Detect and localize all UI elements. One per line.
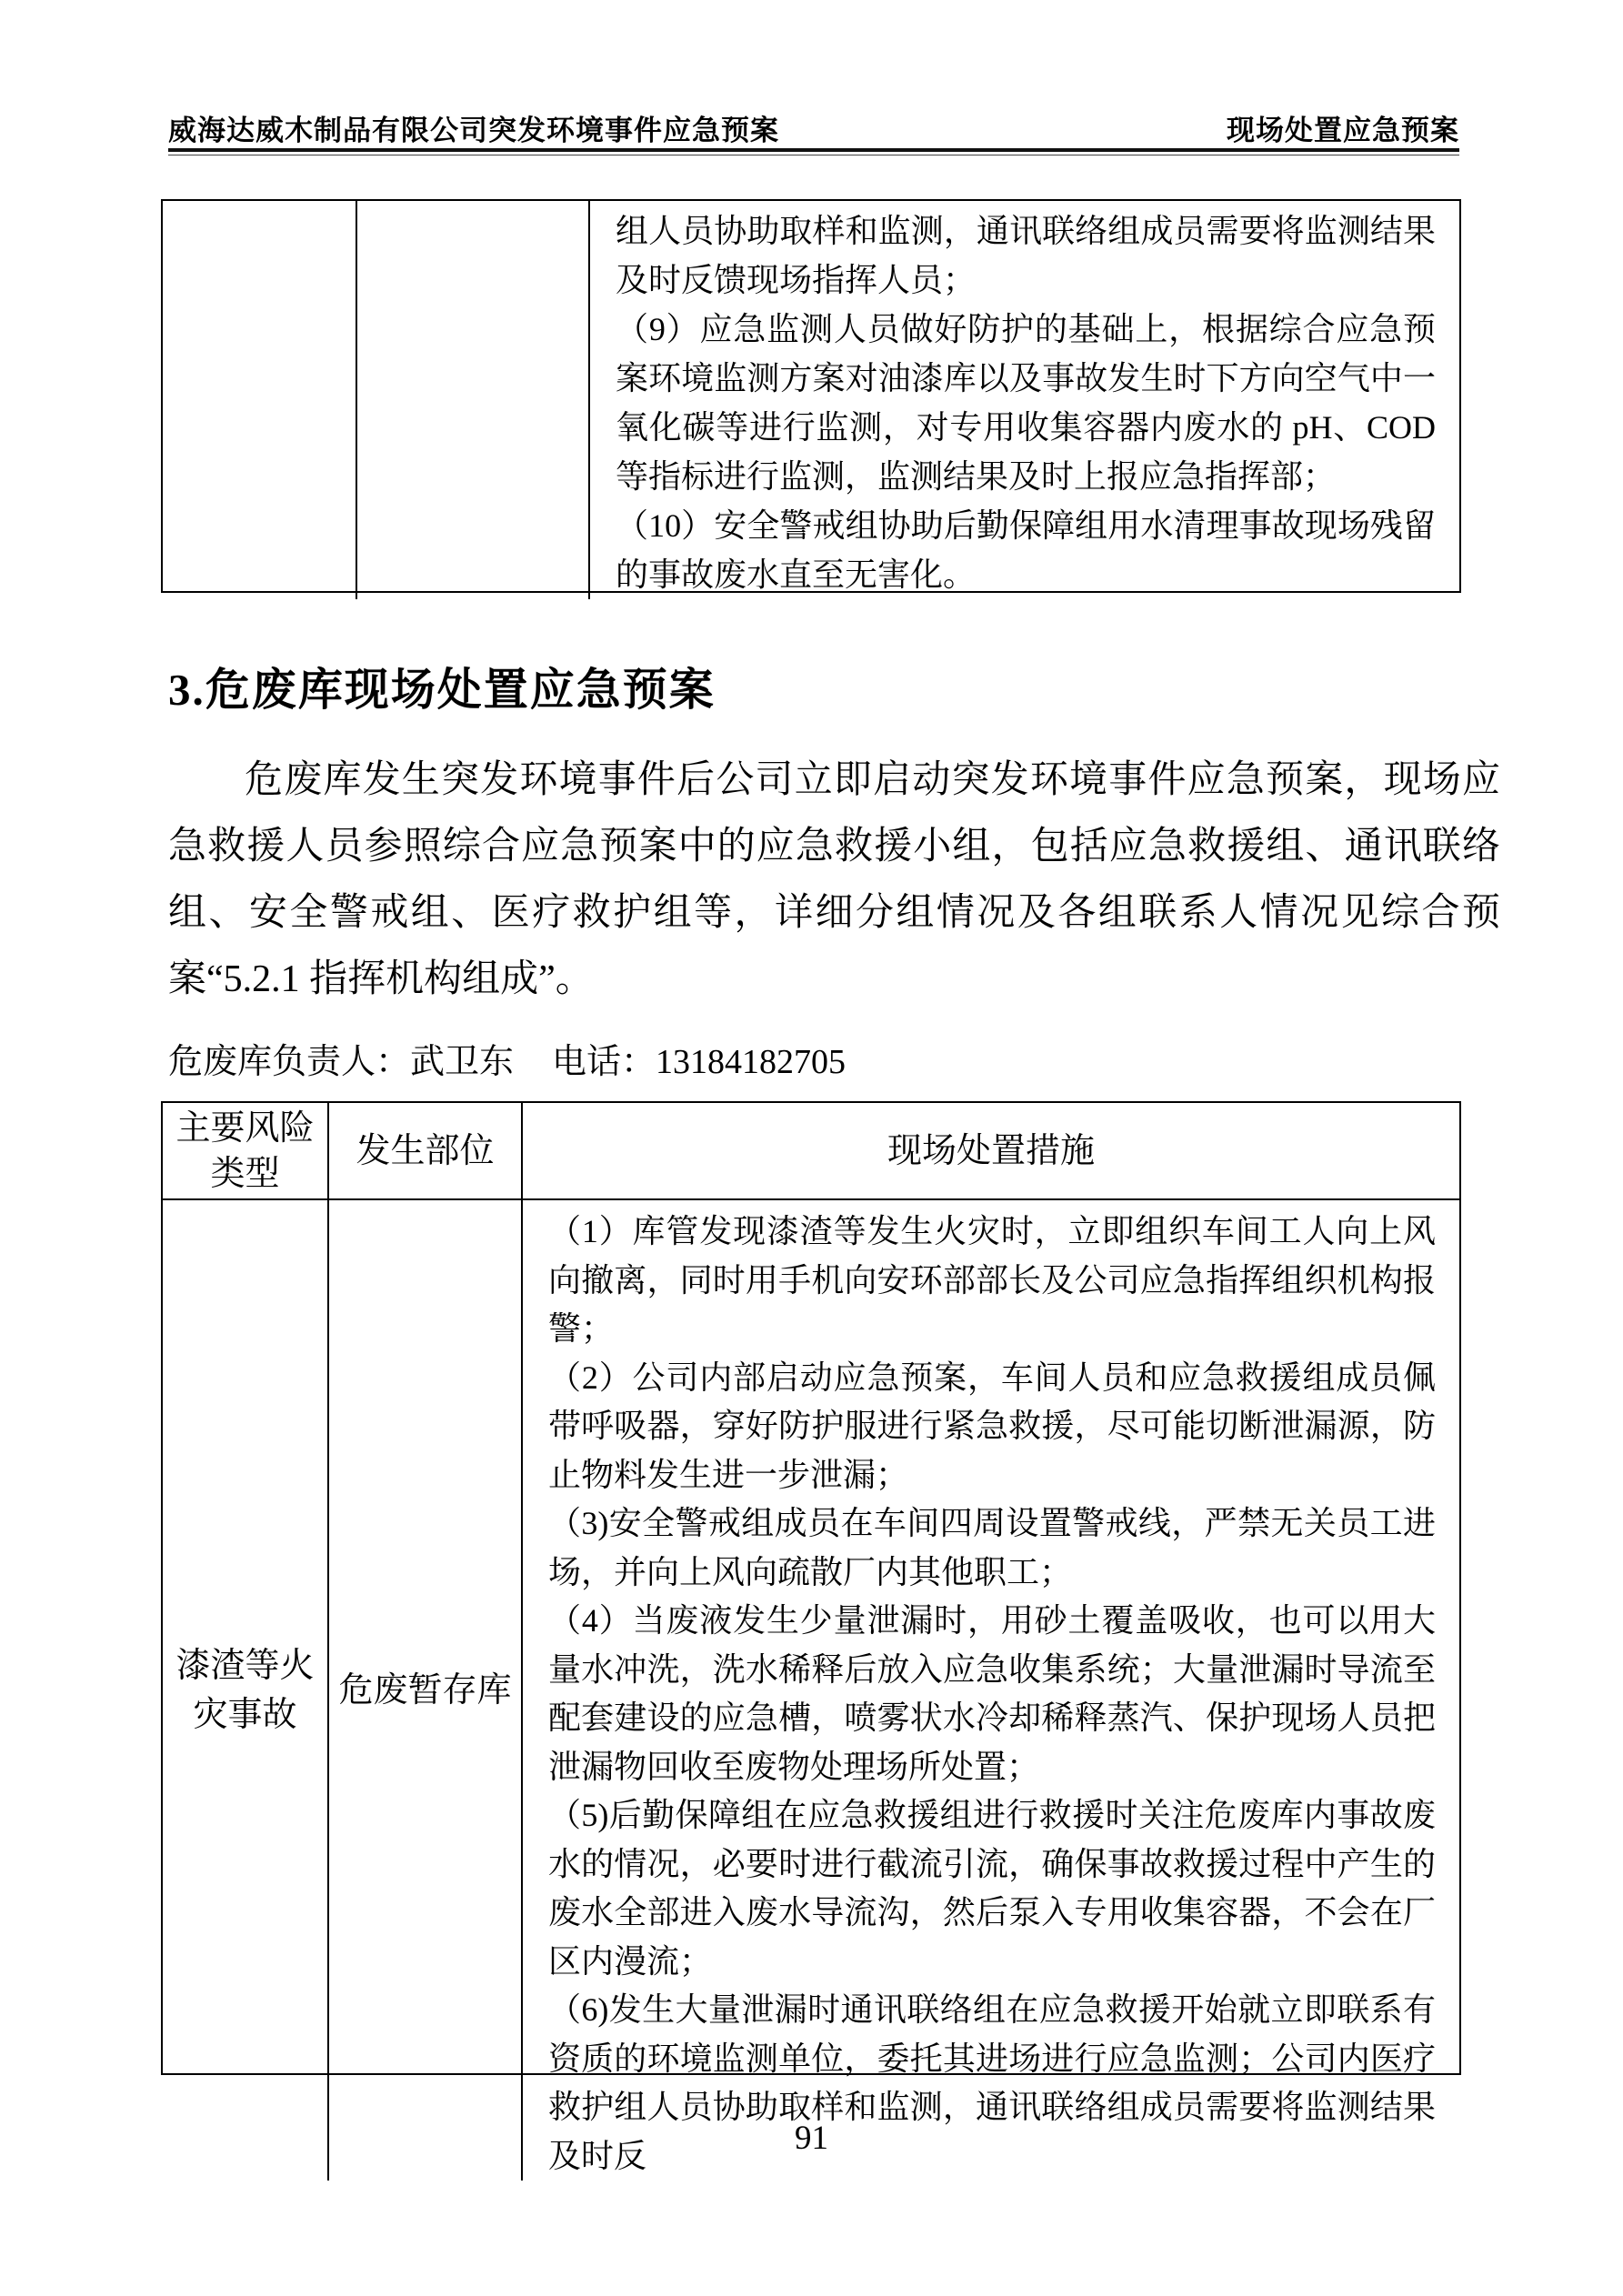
header-left-title: 威海达威木制品有限公司突发环境事件应急预案 bbox=[168, 107, 779, 148]
disposal-table: 主要风险类型 发生部位 现场处置措施 漆渣等火灾事故 危废暂存库 （1）库管发现… bbox=[161, 1101, 1461, 2075]
col-header-risk-type: 主要风险类型 bbox=[163, 1103, 329, 1200]
section-paragraph: 危废库发生突发环境事件后公司立即启动突发环境事件应急预案，现场应急救援人员参照综… bbox=[168, 747, 1500, 1013]
phone-label: 电话： bbox=[552, 1043, 656, 1081]
header-right-title: 现场处置应急预案 bbox=[1227, 107, 1459, 148]
col-header-measures: 现场处置措施 bbox=[523, 1103, 1459, 1200]
measure-item: （5)后勤保障组在应急救援组进行救援时关注危废库内事故废水的情况，必要时进行截流… bbox=[548, 1791, 1436, 1986]
continuation-paragraph: （9）应急监测人员做好防护的基础上，根据综合应急预案环境监测方案对油漆库以及事故… bbox=[616, 305, 1436, 501]
manager-name: 武卫东 bbox=[410, 1043, 514, 1081]
phone-number: 13184182705 bbox=[656, 1043, 846, 1081]
table-row-location: 危废暂存库 bbox=[329, 1200, 523, 2181]
continuation-paragraph: （10）安全警戒组协助后勤保障组用水清理事故现场残留的事故废水直至无害化。 bbox=[616, 501, 1436, 599]
page-header: 威海达威木制品有限公司突发环境事件应急预案 现场处置应急预案 bbox=[168, 107, 1459, 148]
measure-item: （4）当废液发生少量泄漏时，用砂土覆盖吸收，也可以用大量水冲洗，洗水稀释后放入应… bbox=[548, 1597, 1436, 1791]
measure-item: （2）公司内部启动应急预案，车间人员和应急救援组成员佩带呼吸器，穿好防护服进行紧… bbox=[548, 1354, 1436, 1500]
continuation-cell-risk-type-empty bbox=[163, 201, 357, 599]
continuation-paragraph: 组人员协助取样和监测，通讯联络组成员需要将监测结果及时反馈现场指挥人员； bbox=[616, 206, 1436, 305]
header-rule-thin bbox=[168, 155, 1459, 155]
continuation-table: 组人员协助取样和监测，通讯联络组成员需要将监测结果及时反馈现场指挥人员； （9）… bbox=[161, 199, 1461, 593]
continuation-cell-location-empty bbox=[357, 201, 590, 599]
manager-label: 危废库负责人： bbox=[168, 1043, 410, 1081]
measure-item: （3)安全警戒组成员在车间四周设置警戒线，严禁无关员工进场，并向上风向疏散厂内其… bbox=[548, 1499, 1436, 1597]
continuation-cell-measures: 组人员协助取样和监测，通讯联络组成员需要将监测结果及时反馈现场指挥人员； （9）… bbox=[590, 201, 1459, 599]
col-header-location: 发生部位 bbox=[329, 1103, 523, 1200]
header-rule-thick bbox=[168, 148, 1459, 152]
contact-line: 危废库负责人：武卫东电话：13184182705 bbox=[168, 1033, 846, 1083]
section-heading: 3.危废库现场处置应急预案 bbox=[168, 655, 716, 718]
measure-item: （1）库管发现漆渣等发生火灾时，立即组织车间工人向上风向撤离，同时用手机向安环部… bbox=[548, 1208, 1436, 1354]
document-page: { "page": { "header_left": "威海达威木制品有限公司突… bbox=[0, 0, 1623, 2296]
page-number: 91 bbox=[0, 2119, 1623, 2158]
table-row-measures: （1）库管发现漆渣等发生火灾时，立即组织车间工人向上风向撤离，同时用手机向安环部… bbox=[523, 1200, 1459, 2181]
table-row-risk-type: 漆渣等火灾事故 bbox=[163, 1200, 329, 2181]
